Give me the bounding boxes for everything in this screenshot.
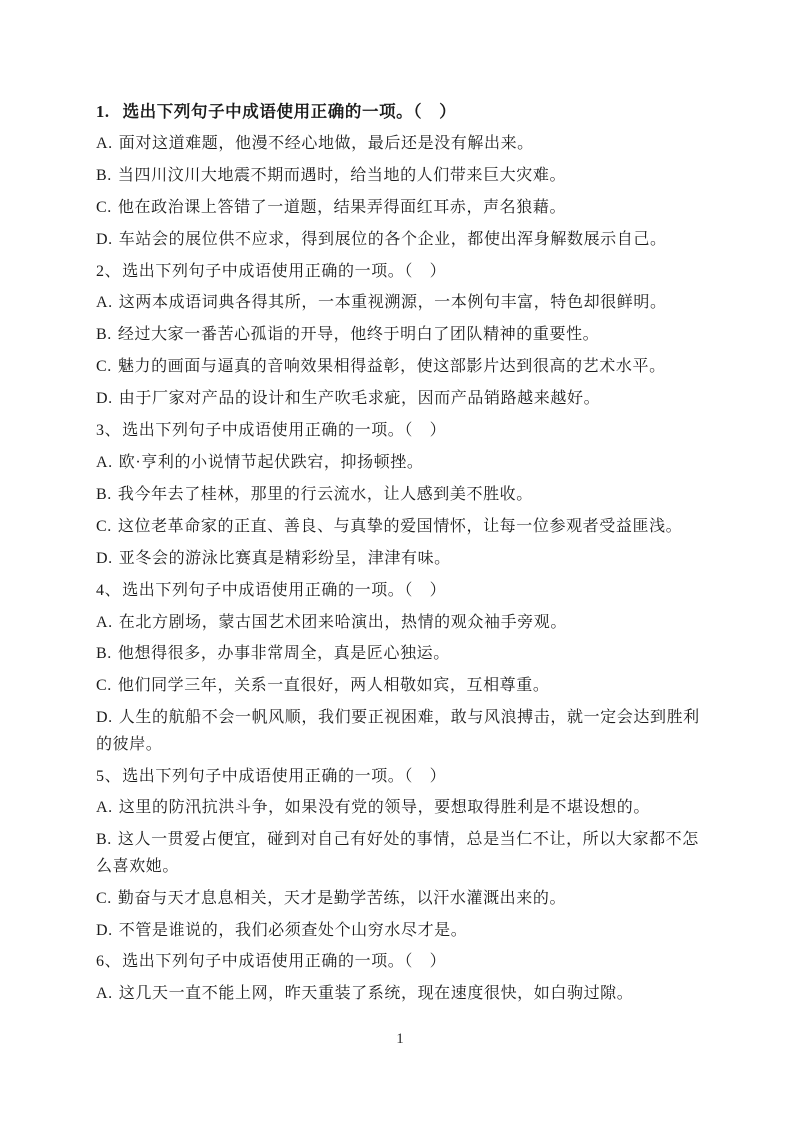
question-title-text: 选出下列句子中成语使用正确的一项。（ ） bbox=[122, 422, 446, 439]
option-label: B. bbox=[96, 326, 112, 343]
question-block: 3、选出下列句子中成语使用正确的一项。（ ）A.欧·亨利的小说情节起伏跌宕，抑扬… bbox=[96, 418, 710, 572]
question-title: 3、选出下列句子中成语使用正确的一项。（ ） bbox=[96, 418, 710, 444]
option-text: 不管是谁说的，我们必须查处个山穷水尽才是。 bbox=[119, 922, 468, 939]
question-title-text: 选出下列句子中成语使用正确的一项。（ ） bbox=[122, 953, 446, 970]
option-line: C.这位老革命家的正直、善良、与真挚的爱国情怀，让每一位参观者受益匪浅。 bbox=[96, 514, 710, 540]
option-text: 这位老革命家的正直、善良、与真挚的爱国情怀，让每一位参观者受益匪浅。 bbox=[118, 518, 682, 535]
option-label: C. bbox=[96, 358, 112, 375]
option-label: D. bbox=[96, 231, 113, 248]
option-line: A.这几天一直不能上网，昨天重装了系统，现在速度很快，如白驹过隙。 bbox=[96, 981, 710, 1007]
question-number: 3、 bbox=[96, 422, 121, 439]
option-text: 这里的防汛抗洪斗争，如果没有党的领导，要想取得胜利是不堪设想的。 bbox=[119, 799, 650, 816]
question-title: 6、选出下列句子中成语使用正确的一项。（ ） bbox=[96, 949, 710, 975]
option-text: 亚冬会的游泳比赛真是精彩纷呈，津津有味。 bbox=[119, 550, 451, 567]
option-text: 魅力的画面与逼真的音响效果相得益彰，使这部影片达到很高的艺术水平。 bbox=[118, 358, 666, 375]
option-text: 面对这道难题，他漫不经心地做，最后还是没有解出来。 bbox=[119, 135, 534, 152]
option-line: D.由于厂家对产品的设计和生产吹毛求疵，因而产品销路越来越好。 bbox=[96, 386, 710, 412]
question-block: 4、选出下列句子中成语使用正确的一项。（ ）A.在北方剧场，蒙古国艺术团来哈演出… bbox=[96, 578, 710, 758]
question-title-text: 选出下列句子中成语使用正确的一项。（ ） bbox=[122, 768, 446, 785]
option-label: C. bbox=[96, 677, 112, 694]
option-text: 由于厂家对产品的设计和生产吹毛求疵，因而产品销路越来越好。 bbox=[119, 390, 600, 407]
question-title-text: 选出下列句子中成语使用正确的一项。（ ） bbox=[122, 263, 446, 280]
option-label: B. bbox=[96, 486, 112, 503]
option-text: 人生的航船不会一帆风顺，我们要正视困难，敢与风浪搏击，就一定会达到胜利的彼岸。 bbox=[96, 709, 700, 752]
question-block: 2、选出下列句子中成语使用正确的一项。（ ）A.这两本成语词典各得其所，一本重视… bbox=[96, 259, 710, 413]
option-line: C.他们同学三年，关系一直很好，两人相敬如宾，互相尊重。 bbox=[96, 673, 710, 699]
question-title-text: 选出下列句子中成语使用正确的一项。（ ） bbox=[122, 582, 446, 599]
option-label: A. bbox=[96, 454, 113, 471]
option-text: 这两本成语词典各得其所，一本重视溯源，一本例句丰富，特色却很鲜明。 bbox=[119, 294, 667, 311]
option-text: 在北方剧场，蒙古国艺术团来哈演出，热情的观众袖手旁观。 bbox=[119, 614, 567, 631]
option-text: 他在政治课上答错了一道题，结果弄得面红耳赤，声名狼藉。 bbox=[118, 199, 566, 216]
option-text: 他想得很多，办事非常周全，真是匠心独运。 bbox=[118, 645, 450, 662]
option-line: A.面对这道难题，他漫不经心地做，最后还是没有解出来。 bbox=[96, 131, 710, 157]
question-title: 4、选出下列句子中成语使用正确的一项。（ ） bbox=[96, 578, 710, 604]
option-line: C.魅力的画面与逼真的音响效果相得益彰，使这部影片达到很高的艺术水平。 bbox=[96, 354, 710, 380]
option-label: C. bbox=[96, 518, 112, 535]
option-line: C.他在政治课上答错了一道题，结果弄得面红耳赤，声名狼藉。 bbox=[96, 195, 710, 221]
option-text: 这人一贯爱占便宜，碰到对自己有好处的事情，总是当仁不让，所以大家都不怎么喜欢她。 bbox=[96, 831, 699, 874]
option-label: A. bbox=[96, 985, 113, 1002]
option-line: C.勤奋与天才息息相关，天才是勤学苦练，以汗水灌溉出来的。 bbox=[96, 886, 710, 912]
question-block: 6、选出下列句子中成语使用正确的一项。（ ）A.这几天一直不能上网，昨天重装了系… bbox=[96, 949, 710, 1007]
option-label: B. bbox=[96, 167, 112, 184]
question-list: 1.选出下列句子中成语使用正确的一项。（ ）A.面对这道难题，他漫不经心地做，最… bbox=[96, 99, 710, 1013]
question-number: 2、 bbox=[96, 263, 121, 280]
option-line: A.在北方剧场，蒙古国艺术团来哈演出，热情的观众袖手旁观。 bbox=[96, 610, 710, 636]
document-page: 1.选出下列句子中成语使用正确的一项。（ ）A.面对这道难题，他漫不经心地做，最… bbox=[0, 0, 800, 1132]
question-title-text: 选出下列句子中成语使用正确的一项。（ ） bbox=[123, 102, 457, 121]
option-label: A. bbox=[96, 799, 113, 816]
option-text: 勤奋与天才息息相关，天才是勤学苦练，以汗水灌溉出来的。 bbox=[118, 890, 566, 907]
question-title: 5、选出下列句子中成语使用正确的一项。（ ） bbox=[96, 764, 710, 790]
option-text: 欧·亨利的小说情节起伏跌宕，抑扬顿挫。 bbox=[119, 454, 424, 471]
question-number: 4、 bbox=[96, 582, 121, 599]
option-line: D.车站会的展位供不应求，得到展位的各个企业，都使出浑身解数展示自己。 bbox=[96, 227, 710, 253]
option-line: B.他想得很多，办事非常周全，真是匠心独运。 bbox=[96, 641, 710, 667]
option-line: B.当四川汶川大地震不期而遇时，给当地的人们带来巨大灾难。 bbox=[96, 163, 710, 189]
option-text: 我今年去了桂林，那里的行云流水，让人感到美不胜收。 bbox=[118, 486, 533, 503]
option-label: A. bbox=[96, 135, 113, 152]
option-line: A.这里的防汛抗洪斗争，如果没有党的领导，要想取得胜利是不堪设想的。 bbox=[96, 795, 710, 821]
option-label: C. bbox=[96, 890, 112, 907]
option-line: B.这人一贯爱占便宜，碰到对自己有好处的事情，总是当仁不让，所以大家都不怎么喜欢… bbox=[96, 827, 710, 880]
question-title: 2、选出下列句子中成语使用正确的一项。（ ） bbox=[96, 259, 710, 285]
question-title: 1.选出下列句子中成语使用正确的一项。（ ） bbox=[96, 99, 710, 125]
question-number: 1. bbox=[96, 102, 110, 121]
page-number: 1 bbox=[0, 1031, 800, 1047]
option-label: C. bbox=[96, 199, 112, 216]
option-line: D.亚冬会的游泳比赛真是精彩纷呈，津津有味。 bbox=[96, 546, 710, 572]
option-line: D.不管是谁说的，我们必须查处个山穷水尽才是。 bbox=[96, 918, 710, 944]
option-text: 当四川汶川大地震不期而遇时，给当地的人们带来巨大灾难。 bbox=[118, 167, 566, 184]
option-text: 这几天一直不能上网，昨天重装了系统，现在速度很快，如白驹过隙。 bbox=[119, 985, 634, 1002]
question-block: 5、选出下列句子中成语使用正确的一项。（ ）A.这里的防汛抗洪斗争，如果没有党的… bbox=[96, 764, 710, 944]
option-label: D. bbox=[96, 922, 113, 939]
option-label: D. bbox=[96, 390, 113, 407]
option-line: D.人生的航船不会一帆风顺，我们要正视困难，敢与风浪搏击，就一定会达到胜利的彼岸… bbox=[96, 705, 710, 758]
question-number: 6、 bbox=[96, 953, 121, 970]
option-line: B.我今年去了桂林，那里的行云流水，让人感到美不胜收。 bbox=[96, 482, 710, 508]
option-text: 经过大家一番苦心孤诣的开导，他终于明白了团队精神的重要性。 bbox=[118, 326, 599, 343]
option-text: 他们同学三年，关系一直很好，两人相敬如宾，互相尊重。 bbox=[118, 677, 550, 694]
question-block: 1.选出下列句子中成语使用正确的一项。（ ）A.面对这道难题，他漫不经心地做，最… bbox=[96, 99, 710, 253]
option-line: A.欧·亨利的小说情节起伏跌宕，抑扬顿挫。 bbox=[96, 450, 710, 476]
option-label: A. bbox=[96, 294, 113, 311]
option-label: D. bbox=[96, 550, 113, 567]
option-label: B. bbox=[96, 831, 112, 848]
option-label: B. bbox=[96, 645, 112, 662]
option-label: D. bbox=[96, 709, 113, 726]
question-number: 5、 bbox=[96, 768, 121, 785]
option-line: A.这两本成语词典各得其所，一本重视溯源，一本例句丰富，特色却很鲜明。 bbox=[96, 290, 710, 316]
option-text: 车站会的展位供不应求，得到展位的各个企业，都使出浑身解数展示自己。 bbox=[119, 231, 667, 248]
option-label: A. bbox=[96, 614, 113, 631]
option-line: B.经过大家一番苦心孤诣的开导，他终于明白了团队精神的重要性。 bbox=[96, 322, 710, 348]
